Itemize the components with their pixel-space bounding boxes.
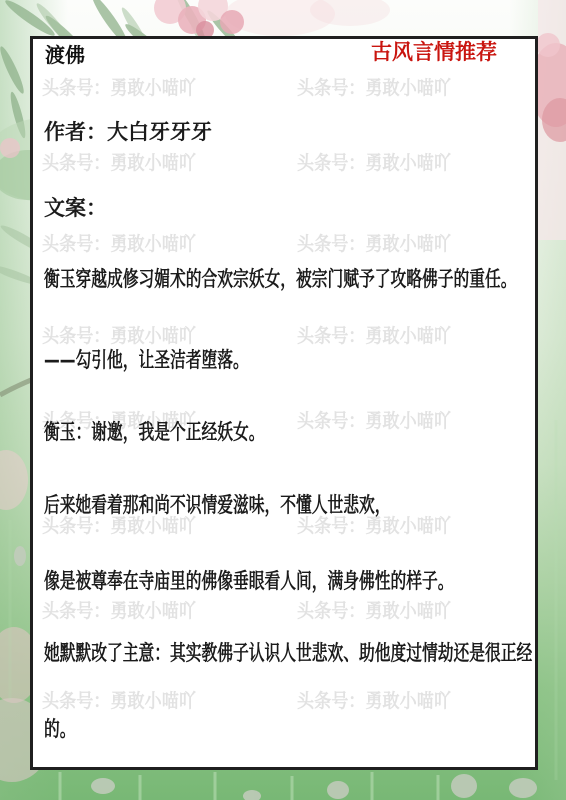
page: { "card": { "title": "渡佛", "badge": "古风言…: [0, 0, 566, 800]
watermark-text: 头条号：勇敢小喵吖: [42, 77, 196, 99]
synopsis-line: 像是被尊奉在寺庙里的佛像垂眼看人间，满身佛性的样子。: [44, 569, 454, 594]
watermark-text: 头条号：勇敢小喵吖: [42, 515, 196, 537]
watermark-text: 头条号：勇敢小喵吖: [42, 690, 196, 712]
watermark-text: 头条号：勇敢小喵吖: [297, 515, 451, 537]
synopsis-line: 衡玉穿越成修习媚术的合欢宗妖女，被宗门赋予了攻略佛子的重任。: [44, 267, 517, 292]
watermark-text: 头条号：勇敢小喵吖: [42, 233, 196, 255]
category-badge: 古风言情推荐: [371, 39, 497, 65]
watermark-text: 头条号：勇敢小喵吖: [297, 325, 451, 347]
watermark-text: 头条号：勇敢小喵吖: [42, 600, 196, 622]
synopsis-label: 文案：: [44, 196, 107, 221]
watermark-text: 头条号：勇敢小喵吖: [42, 152, 196, 174]
synopsis-line: 后来她看着那和尚不识情爱滋味，不懂人世悲欢，: [44, 493, 391, 518]
watermark-text: 头条号：勇敢小喵吖: [297, 152, 451, 174]
watermark-text: 头条号：勇敢小喵吖: [297, 690, 451, 712]
watermark-text: 头条号：勇敢小喵吖: [297, 600, 451, 622]
synopsis-line: 她默默改了主意：其实教佛子认识人世悲欢、助他度过情劫还是很正经: [44, 641, 532, 666]
recommendation-card: 头条号：勇敢小喵吖 头条号：勇敢小喵吖 头条号：勇敢小喵吖 头条号：勇敢小喵吖 …: [30, 36, 538, 770]
watermark-text: 头条号：勇敢小喵吖: [42, 325, 196, 347]
synopsis-line: 的。: [44, 717, 76, 742]
watermark-text: 头条号：勇敢小喵吖: [297, 233, 451, 255]
author-line: 作者：大白牙牙牙: [44, 120, 212, 145]
synopsis-line: ——勾引他，让圣洁者堕落。: [44, 348, 249, 373]
watermark-text: 头条号：勇敢小喵吖: [297, 77, 451, 99]
book-title: 渡佛: [45, 43, 85, 67]
synopsis-line: 衡玉：谢邀，我是个正经妖女。: [44, 420, 265, 445]
watermark-text: 头条号：勇敢小喵吖: [297, 410, 451, 432]
